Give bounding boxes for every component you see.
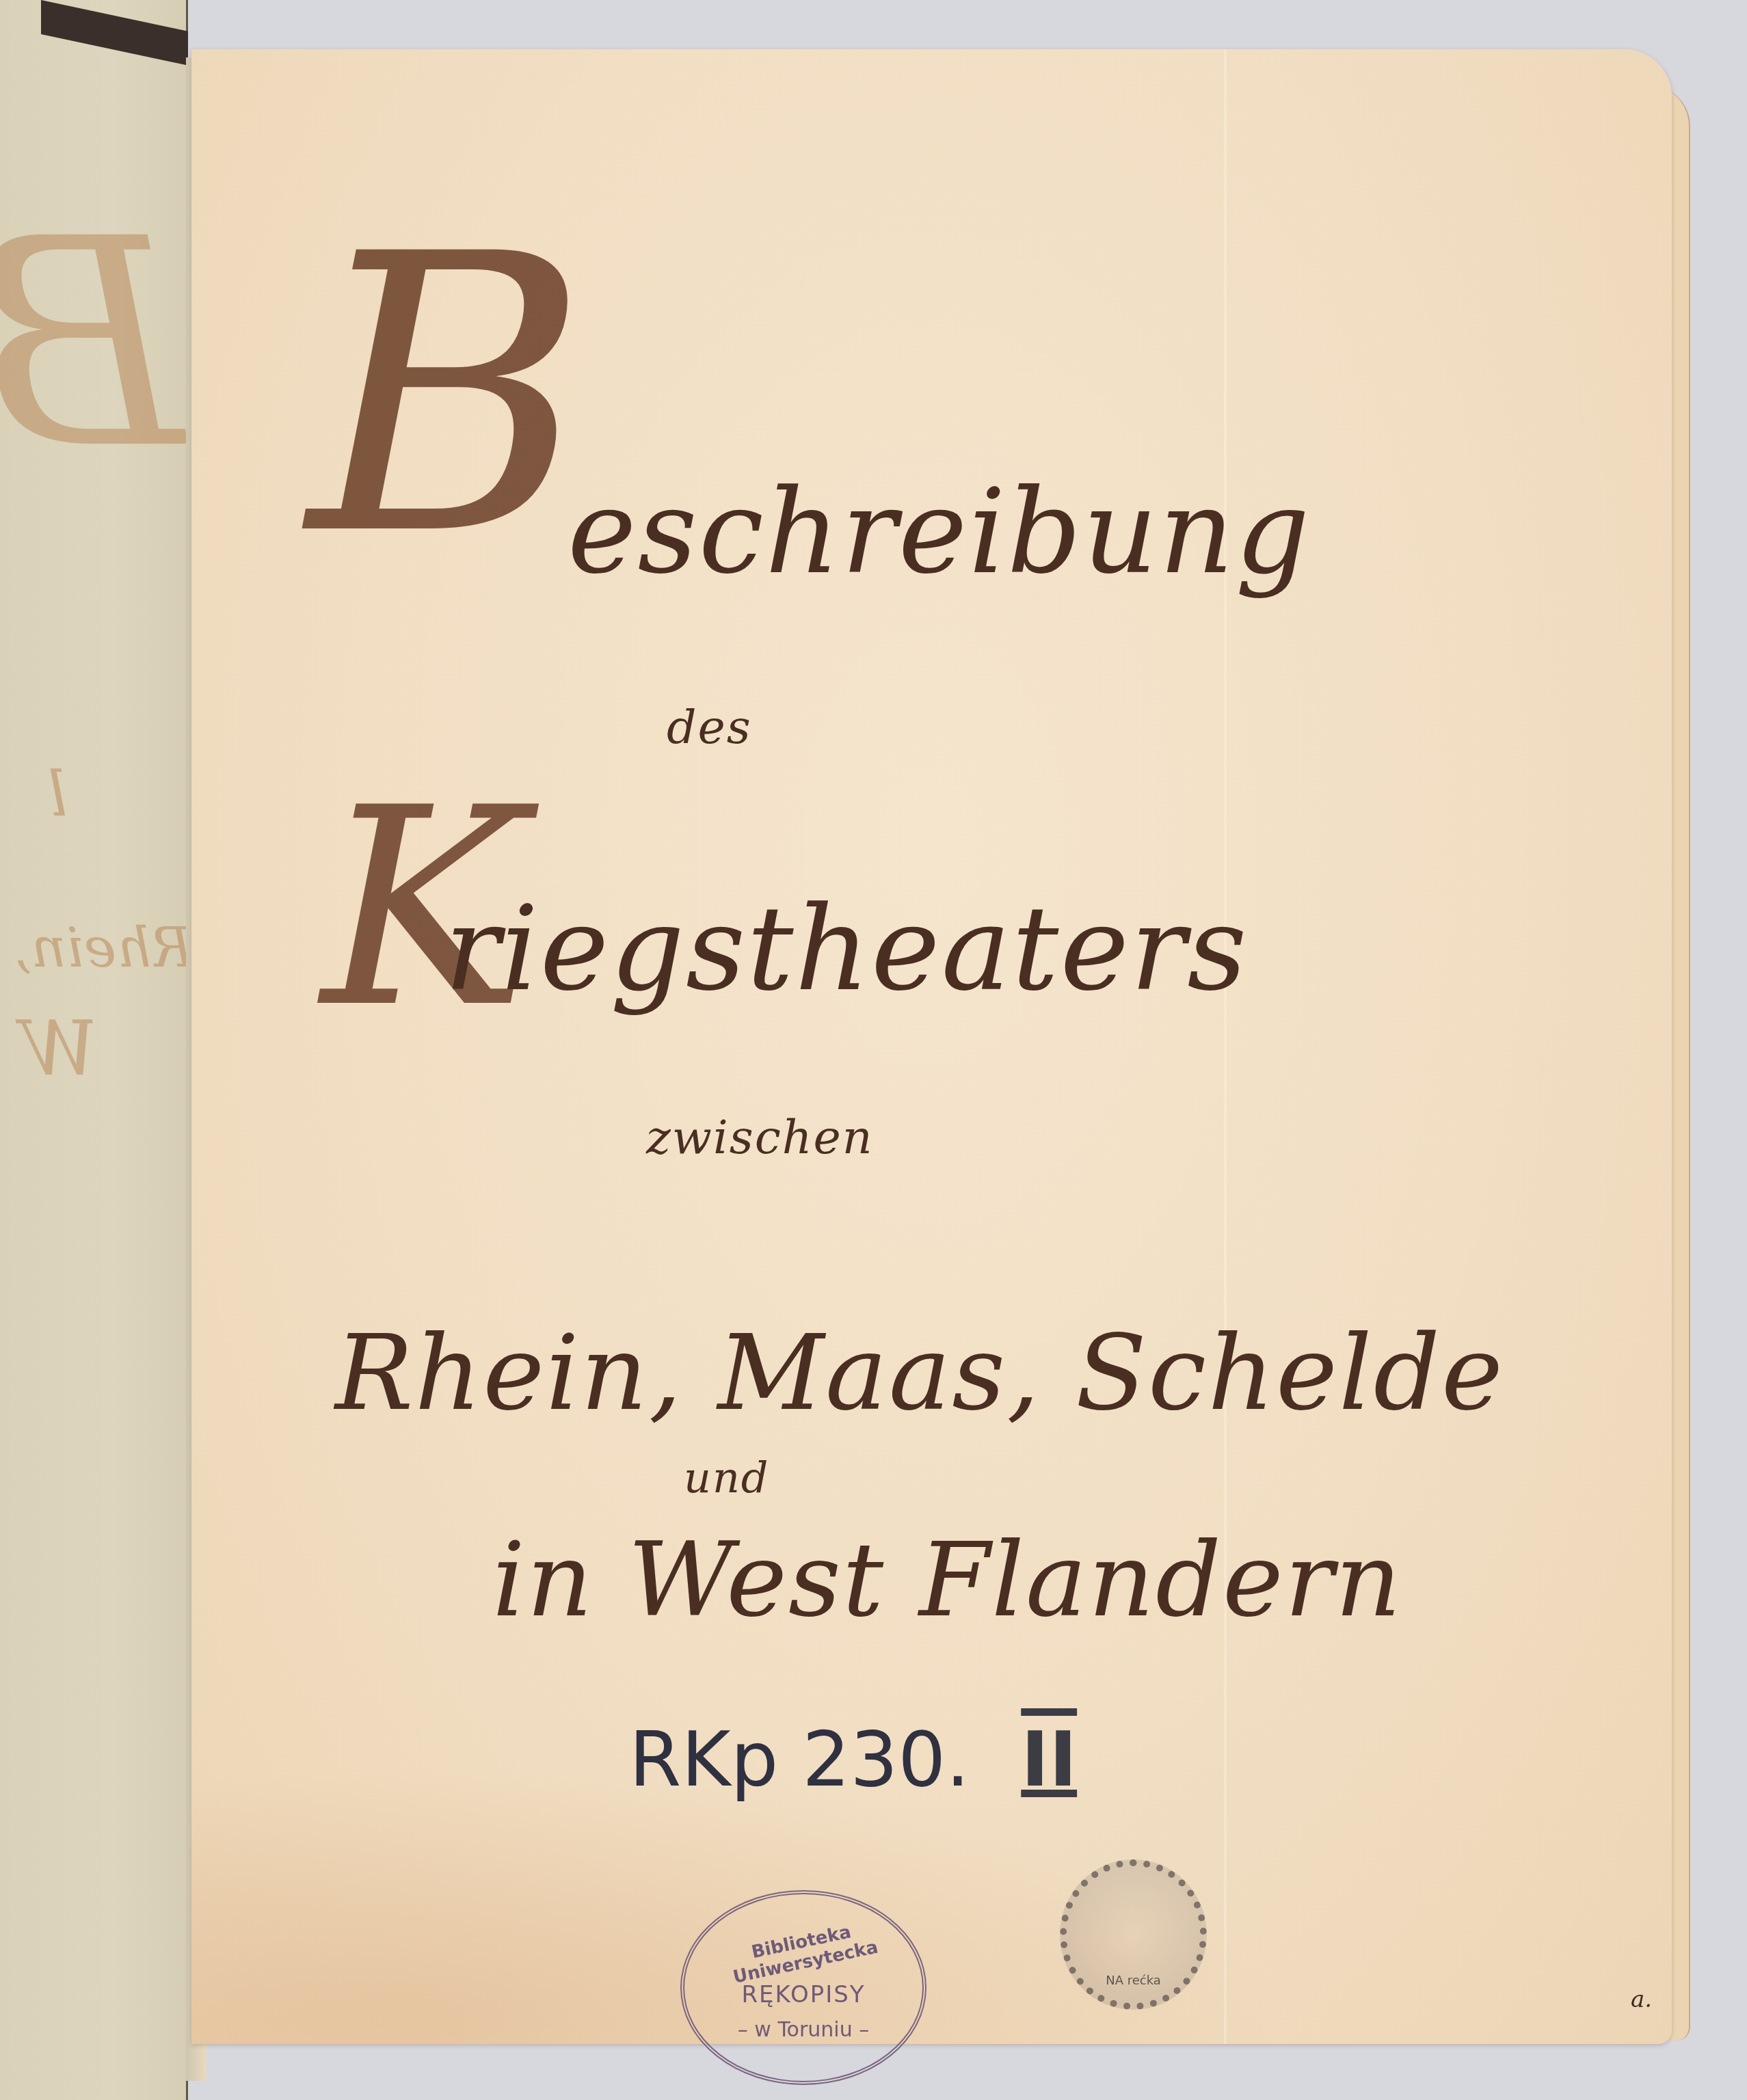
shelfmark-volume: II <box>1021 1716 1077 1803</box>
facing-page-ghost-line3: Rhein, <box>14 916 193 980</box>
stamp-line-torun: – w Toruniu – <box>684 2018 922 2042</box>
title-line-und: und <box>684 1453 770 1503</box>
title-line-des: des <box>667 701 752 755</box>
facing-page-ghost-line4: W <box>21 1005 98 1092</box>
shelfmark-number: RKp 230. <box>629 1716 970 1803</box>
facing-page-ghost-initial: B <box>0 178 184 512</box>
title-line-zwischen: zwischen <box>646 1111 874 1165</box>
title-line-rivers: Rhein, Maas, Schelde <box>335 1312 1504 1433</box>
title-line-beschreibung: eschreibung <box>568 465 1311 600</box>
facing-page-ghost-line2: l <box>48 759 68 831</box>
library-stamp-round: NA rećka <box>1060 1859 1207 2010</box>
facing-page-left: B l Rhein, W <box>0 0 188 2100</box>
folio-mark: a. <box>1631 1986 1652 2013</box>
shelfmark: RKp 230. II <box>629 1716 1077 1803</box>
title-line-kriegstheaters: riegstheaters <box>444 882 1249 1017</box>
library-stamp-oval: Biblioteka Uniwersytecka RĘKOPISY – w To… <box>680 1890 926 2085</box>
title-line-west-flandern: in West Flandern <box>492 1521 1402 1640</box>
round-stamp-text: NA rećka <box>1067 1974 1200 1988</box>
title-initial-b: B <box>308 205 589 588</box>
